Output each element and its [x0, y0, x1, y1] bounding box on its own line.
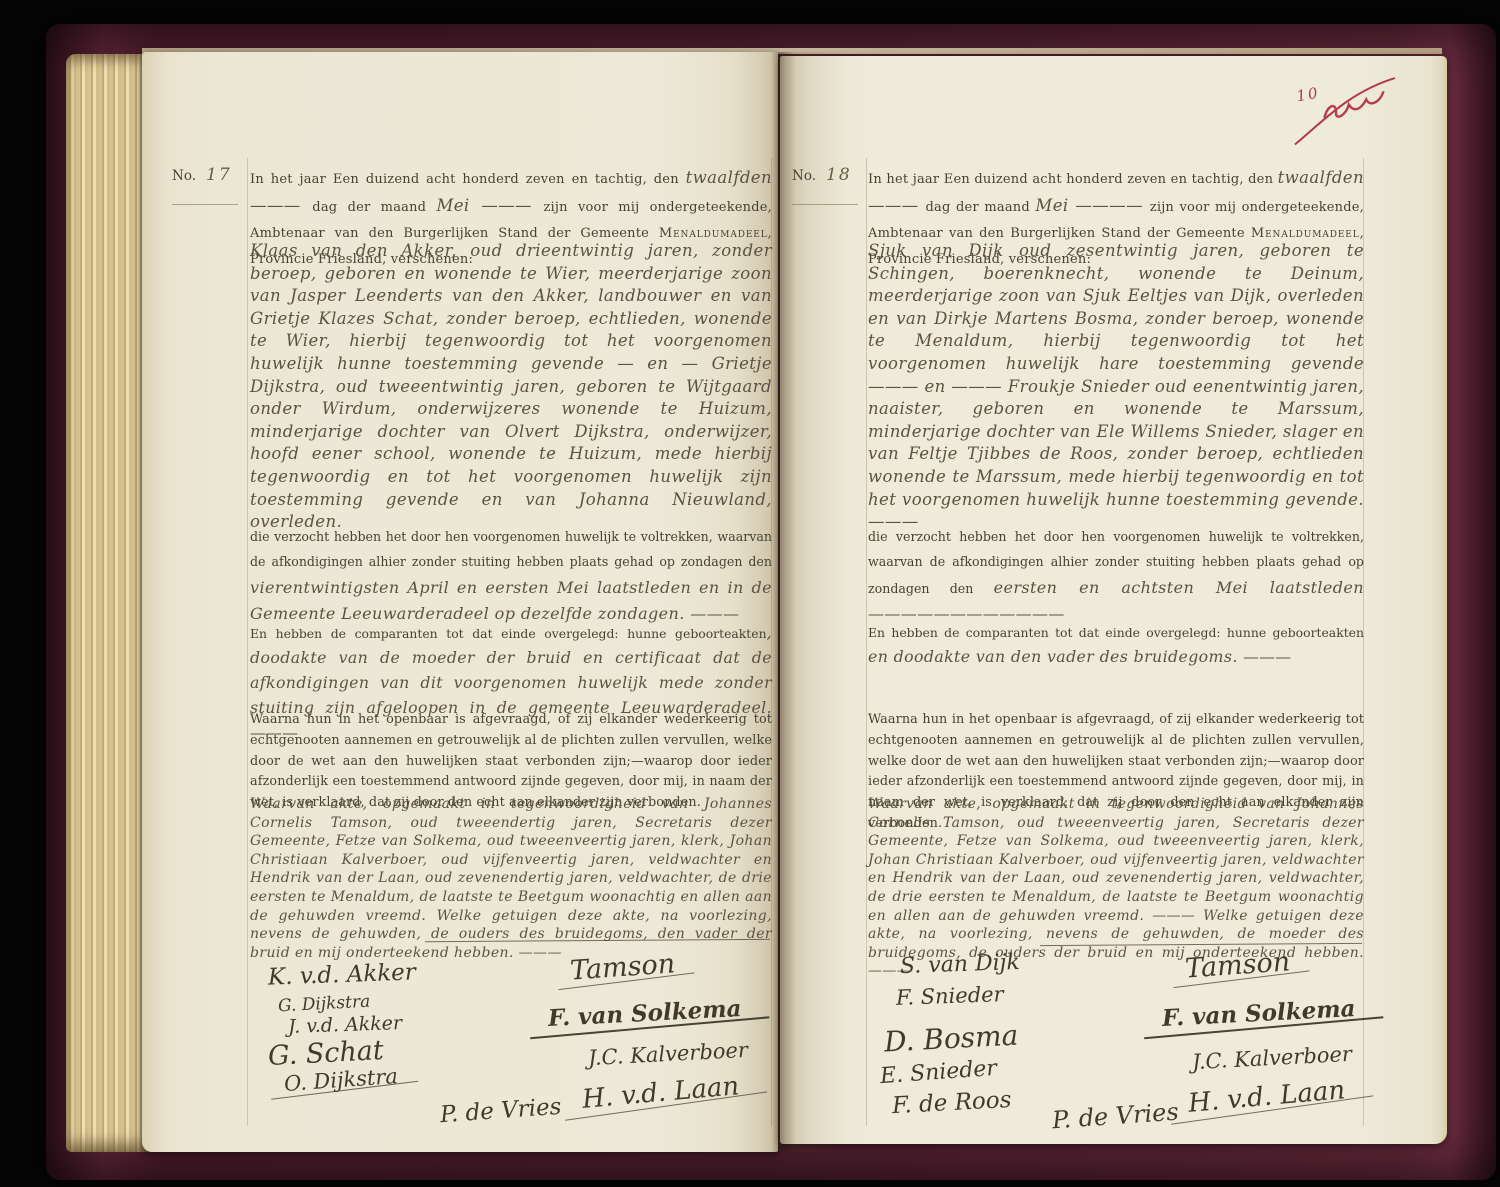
act-number-value: 17 — [206, 165, 232, 185]
act-number-underline-right — [792, 204, 858, 205]
act-number-right: No.18 — [792, 165, 852, 185]
banns-paragraph-right: die verzocht hebben het door hen voorgen… — [868, 524, 1364, 628]
documents-paragraph-right: En hebben de comparanten tot dat einde o… — [868, 621, 1364, 670]
act-number-left: No.17 — [172, 165, 232, 185]
right-page-margin-rule-left — [866, 158, 867, 1126]
no-label: No. — [172, 168, 196, 184]
page-stack-edges — [66, 54, 148, 1152]
left-page-margin-rule-left — [247, 158, 248, 1126]
handwritten-text: vierentwintigsten April en eersten Mei l… — [250, 578, 778, 623]
printed-text: En hebben de comparanten tot dat einde o… — [868, 625, 1368, 640]
act-number-value: 18 — [826, 165, 852, 185]
printed-text: dag der maand — [926, 200, 1036, 215]
printed-text: In het jaar Een duizend acht honderd zev… — [250, 172, 686, 187]
witnesses-paragraph-left: Waarvan akte, opgemaakt in tegenwoordigh… — [250, 795, 772, 962]
banns-paragraph-left: die verzocht hebben het door hen voorgen… — [250, 524, 772, 628]
handwritten-text: Sjuk van Dijk oud zesentwintig jaren, ge… — [868, 241, 1370, 531]
handwritten-text: Mei ——— — [436, 196, 543, 215]
comparanten-paragraph-right: Sjuk van Dijk oud zesentwintig jaren, ge… — [868, 240, 1364, 534]
printed-text: Menaldumadeel — [1251, 226, 1360, 241]
signature-groom-left: K. v.d. Akker — [268, 959, 417, 990]
handwritten-text: Klaas van den Akker, oud drieentwintig j… — [250, 241, 778, 531]
printed-text: In het jaar Een duizend acht honderd zev… — [868, 172, 1278, 187]
signature-father-groom-left: J. v.d. Akker — [288, 1012, 403, 1038]
handwritten-text: en doodakte van den vader des bruidegoms… — [868, 647, 1292, 666]
signature-groom-right: S. van Dijk — [900, 950, 1021, 979]
signature-bride-right: F. Snieder — [896, 982, 1004, 1010]
handwritten-text: Waarvan akte, opgemaakt in tegenwoordigh… — [250, 796, 777, 961]
handwritten-text: Mei ———— — [1035, 196, 1149, 215]
register-book-scan: No.17 In het jaar Een duizend acht honde… — [0, 0, 1500, 1187]
no-label: No. — [792, 168, 816, 184]
act-number-underline-left — [172, 204, 238, 205]
printed-text: Menaldumadeel — [659, 226, 768, 241]
printed-text: dag der maand — [312, 200, 436, 215]
signature-mother-groom-right: D. Bosma — [883, 1019, 1019, 1059]
comparanten-paragraph-left: Klaas van den Akker, oud drieentwintig j… — [250, 240, 772, 534]
printed-text: En hebben de comparanten tot dat einde o… — [250, 626, 767, 641]
printed-text: die verzocht hebben het door hen voorgen… — [250, 529, 776, 569]
